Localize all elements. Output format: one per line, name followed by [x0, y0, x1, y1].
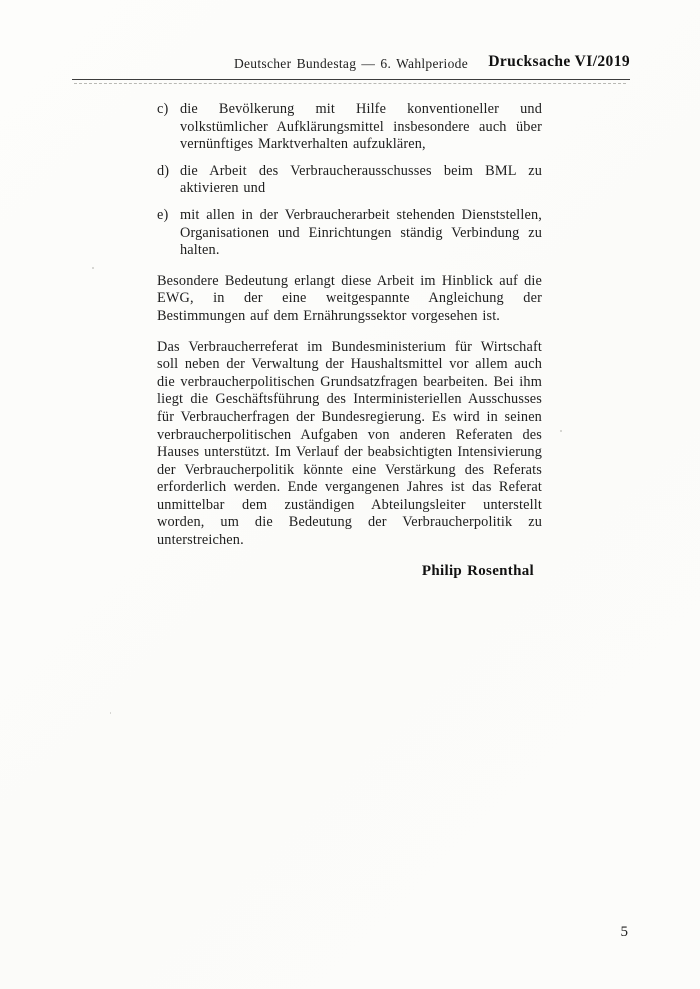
- page-header: Deutscher Bundestag — 6. Wahlperiode Dru…: [72, 56, 630, 78]
- scan-speckle: [92, 267, 94, 269]
- scan-speckle: [180, 540, 182, 541]
- body-text-column: c) die Bevölkerung mit Hilfe konventione…: [157, 101, 542, 580]
- list-item-d: d) die Arbeit des Verbraucherausschusses…: [157, 163, 542, 198]
- enumerated-list: c) die Bevölkerung mit Hilfe konventione…: [157, 101, 542, 260]
- signature-name: Philip Rosenthal: [157, 563, 542, 581]
- list-item-label: c): [157, 101, 168, 119]
- list-item-text: mit allen in der Verbraucherarbeit stehe…: [180, 207, 542, 258]
- page-number: 5: [621, 924, 629, 941]
- document-page: Deutscher Bundestag — 6. Wahlperiode Dru…: [0, 0, 700, 989]
- list-item-c: c) die Bevölkerung mit Hilfe konventione…: [157, 101, 542, 154]
- scan-speckle: [560, 430, 562, 432]
- list-item-text: die Bevölkerung mit Hilfe konventionelle…: [180, 101, 542, 152]
- list-item-e: e) mit allen in der Verbraucherarbeit st…: [157, 207, 542, 260]
- list-item-text: die Arbeit des Verbraucherausschusses be…: [180, 163, 542, 197]
- paragraph-verbraucherreferat: Das Verbraucherreferat im Bundesminister…: [157, 339, 542, 550]
- scan-speckle: [110, 712, 111, 714]
- list-item-label: d): [157, 163, 169, 181]
- header-rule-scan-shadow: [74, 83, 626, 84]
- header-rule: [72, 79, 630, 80]
- paragraph-ewg: Besondere Bedeutung erlangt diese Arbeit…: [157, 273, 542, 326]
- header-drucksache-number: Drucksache VI/2019: [488, 53, 630, 71]
- list-item-label: e): [157, 207, 168, 225]
